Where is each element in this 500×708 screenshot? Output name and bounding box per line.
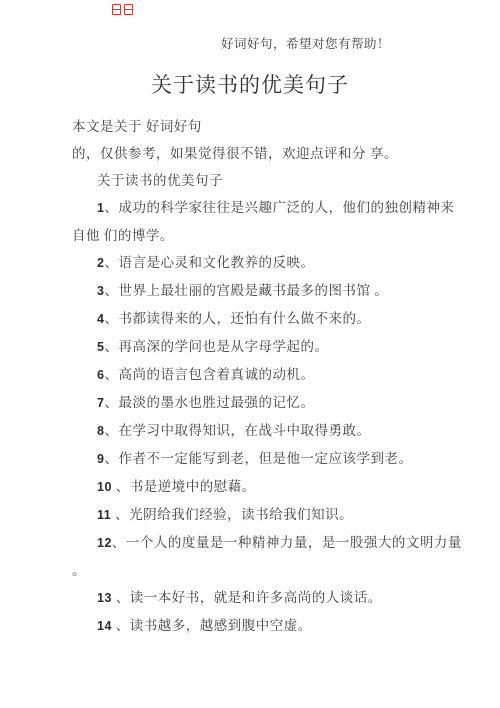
quote-text: 、作者不一定能写到老，但是他一定应该学到老。 <box>104 451 412 466</box>
quote-item: 2、语言是心灵和文化教养的反映。 <box>72 249 432 277</box>
quote-text: 、读一本好书，就是和许多高尚的人谈话。 <box>112 590 382 605</box>
quote-text: 、高尚的语言包含着真诚的动机。 <box>104 367 314 382</box>
quote-continuation: 。 <box>72 557 432 584</box>
header-note: 好词好句，希望对您有帮助！ <box>221 37 390 52</box>
quote-number: 10 <box>97 480 112 494</box>
quote-item: 14 、读书越多，越感到腹中空虚。 <box>72 612 432 640</box>
quote-item: 12、一个人的度量是一种精神力量，是一股强大的文明力量 <box>72 529 432 557</box>
quote-number: 11 <box>97 508 111 522</box>
quote-text: 、书是逆境中的慰藉。 <box>112 479 256 494</box>
quote-item: 9、作者不一定能写到老，但是他一定应该学到老。 <box>72 445 432 473</box>
intro-line-2: 的，仅供参考，如果觉得很不错，欢迎点评和分 享。 <box>72 140 432 167</box>
quote-text: 、语言是心灵和文化教养的反映。 <box>104 255 314 270</box>
quote-text: 、世界上最壮丽的宫殿是藏书最多的图书馆 。 <box>104 283 388 298</box>
quote-text: 、再高深的学问也是从字母学起的。 <box>104 339 328 354</box>
quote-item: 5、再高深的学问也是从字母学起的。 <box>72 333 432 361</box>
quote-text: 、最淡的墨水也胜过最强的记忆。 <box>104 395 314 410</box>
quote-number: 12 <box>97 536 112 550</box>
quote-item: 4、书都读得来的人，还怕有什么做不来的。 <box>72 305 432 333</box>
quote-item: 10 、书是逆境中的慰藉。 <box>72 473 432 501</box>
quote-text: 、读书越多，越感到腹中空虚。 <box>112 618 312 633</box>
quote-item: 6、高尚的语言包含着真诚的动机。 <box>72 361 432 389</box>
page-title: 关于读书的优美句子 <box>0 70 500 100</box>
quote-number: 13 <box>97 591 112 605</box>
quote-text: 、一个人的度量是一种精神力量，是一股强大的文明力量 <box>112 535 462 550</box>
red-stamp-mark <box>112 4 133 14</box>
quote-text: 、成功的科学家往往是兴趣广泛的人，他们的独创精神来 <box>104 200 454 215</box>
section-heading: 关于读书的优美句子 <box>72 167 432 194</box>
quote-text: 、书都读得来的人，还怕有什么做不来的。 <box>104 311 370 326</box>
document-body: 本文是关于 好词好句 的，仅供参考，如果觉得很不错，欢迎点评和分 享。 关于读书… <box>72 113 432 640</box>
quote-item: 13 、读一本好书，就是和许多高尚的人谈话。 <box>72 584 432 612</box>
quote-item: 7、最淡的墨水也胜过最强的记忆。 <box>72 389 432 417</box>
quote-item: 3、世界上最壮丽的宫殿是藏书最多的图书馆 。 <box>72 277 432 305</box>
quote-item: 8、在学习中取得知识，在战斗中取得勇敢。 <box>72 417 432 445</box>
intro-line-1: 本文是关于 好词好句 <box>72 113 432 140</box>
quote-item: 11 、光阴给我们经验，读书给我们知识。 <box>72 501 432 529</box>
document-page: 好词好句，希望对您有帮助！ 关于读书的优美句子 本文是关于 好词好句 的，仅供参… <box>0 0 500 708</box>
quote-text: 、在学习中取得知识，在战斗中取得勇敢。 <box>104 423 370 438</box>
quote-text: 、光阴给我们经验，读书给我们知识。 <box>111 507 353 522</box>
quote-item: 1、成功的科学家往往是兴趣广泛的人，他们的独创精神来 <box>72 194 432 222</box>
quote-number: 14 <box>97 619 112 633</box>
quote-continuation: 自他 们的博学。 <box>72 222 432 249</box>
